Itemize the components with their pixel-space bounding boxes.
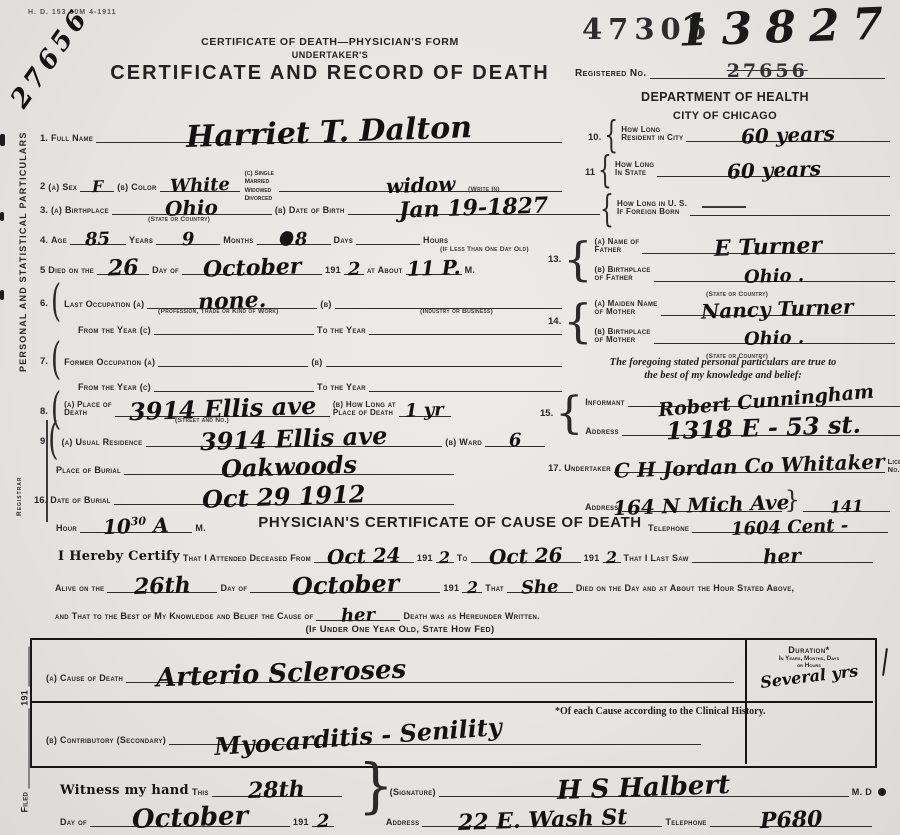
- hours-label: Hours: [423, 236, 448, 245]
- witness-day-of-label: Day of: [60, 818, 87, 827]
- row-how-long-us: { How Long in U. S. If Foreign Born: [600, 200, 890, 216]
- foreign-born-short-line: [702, 206, 746, 208]
- full-name-value: Harriet T. Dalton: [186, 117, 473, 149]
- last-saw-line: her: [692, 548, 873, 563]
- place-of-burial-value: Oakwoods: [221, 456, 358, 479]
- license-label-2: No.: [888, 466, 900, 474]
- registered-no-label: Registered No.: [575, 69, 647, 79]
- informant-fields: Informant Robert Cunningham Address 1318…: [585, 392, 900, 436]
- how-fed-note: (If Under One Year Old, State How Fed): [150, 624, 650, 635]
- signature-value: H S Halbert: [557, 775, 731, 801]
- informant-line: Robert Cunningham: [628, 392, 900, 407]
- signature-label: (Signature): [390, 788, 436, 797]
- filed-blank-line: [15, 709, 30, 789]
- row-former-occupation: 7. ( Former Occupation (a) (b): [40, 350, 562, 367]
- license-value: 141: [830, 500, 864, 513]
- marital-options: (c) Single Married Widowed Divorced: [245, 170, 274, 204]
- died-on-label: Died on the: [48, 266, 94, 275]
- scan-speck: [0, 290, 4, 300]
- last-occupation-line: none.: [147, 294, 317, 309]
- row-resident-in-city: 10. { How Long Resident in City 60 years: [588, 126, 890, 142]
- age-months-line: 9: [156, 230, 220, 245]
- side-label-registrar: Registrar: [16, 428, 23, 516]
- undertaker-telephone-value: 1604 Cent -: [731, 518, 849, 536]
- died-month-value: October: [203, 258, 302, 278]
- former-occupation-label: Former Occupation (a): [64, 358, 155, 367]
- father-birthplace-label-2: of Father: [595, 274, 651, 282]
- that-label: That: [485, 584, 504, 593]
- last-saw-value: her: [763, 548, 801, 564]
- hour-minutes: 30: [131, 515, 147, 529]
- former-b-line: [326, 352, 562, 367]
- md-label: M. D: [852, 788, 872, 797]
- pronoun-line: She: [507, 578, 573, 593]
- mother-name-line: Nancy Turner: [661, 301, 895, 316]
- from-year2-label: From the Year (c): [78, 383, 151, 392]
- row-former-occupation-years: From the Year (c) To the Year: [78, 377, 562, 392]
- witness-year-line: 2: [312, 812, 334, 827]
- row-undertaker: 17. Undertaker C H Jordan Co Whitaker Li…: [548, 458, 890, 473]
- attended-to-value: Oct 26: [489, 548, 563, 566]
- date-of-burial-line: Oct 29 1912: [114, 490, 454, 505]
- informant-label: Informant: [585, 398, 625, 407]
- informant-address-row: Address 1318 E - 53 st.: [585, 421, 900, 436]
- row-full-name: 1. Full Name Harriet T. Dalton: [40, 128, 562, 143]
- witness-month-value: October: [131, 806, 248, 830]
- ward-line: 6: [485, 432, 545, 447]
- row-last-occupation: 6. ( Last Occupation (a) none. (b): [40, 292, 562, 309]
- to-year-prefix: 191: [584, 554, 600, 563]
- informant-address-label: Address: [585, 427, 619, 436]
- row-undertaker-address: Address 164 N Mich Ave } 141: [585, 490, 890, 512]
- less-than-one-day-sublabel: (If Less Than One Day Old): [440, 246, 529, 253]
- died-year-line: 2: [344, 260, 364, 275]
- row-certify: I Hereby Certify That I Attended Decease…: [58, 548, 873, 563]
- duration-value: Several yrs: [759, 665, 858, 689]
- row13-brace: {: [563, 239, 592, 280]
- corner-handwritten-number: 27656: [10, 5, 92, 111]
- age-hours-line: [356, 230, 420, 245]
- usual-residence-label: (a) Usual Residence: [61, 438, 142, 447]
- alive-day-line: 26th: [107, 578, 217, 593]
- state-country-sublabel: (State or Country): [148, 216, 210, 223]
- informant-address-line: 1318 E - 53 st.: [622, 421, 900, 436]
- occupation-b-label: (b): [320, 300, 331, 309]
- hour-ampm: A: [153, 513, 169, 538]
- alive-year-prefix: 191: [443, 584, 459, 593]
- row13-number: 13.: [548, 255, 561, 265]
- father-fields: (a) Name of Father E Turner (b) Birthpla…: [595, 238, 895, 282]
- scan-mark: [882, 648, 888, 676]
- last-saw-label: That I Last Saw: [624, 554, 689, 563]
- title-line-3: CERTIFICATE AND RECORD OF DEATH: [110, 62, 550, 85]
- birthplace-label: (a) Birthplace: [51, 206, 109, 215]
- resident-city-line: 60 years: [686, 127, 890, 142]
- cause-pronoun-line: her: [316, 606, 400, 621]
- resident-city-value: 60 years: [741, 126, 835, 144]
- alive-day-value: 26th: [134, 577, 191, 595]
- row-cause-of-death: (a) Cause of Death Arterio Scleroses: [46, 668, 734, 683]
- informant-address-value: 1318 E - 53 st.: [666, 416, 861, 441]
- row-last-occupation-years: From the Year (c) To the Year: [78, 320, 562, 335]
- box-vertical-divider: [745, 638, 747, 764]
- at-about-label: at About: [367, 266, 403, 275]
- informant-row: Informant Robert Cunningham: [585, 392, 900, 407]
- physician-telephone-value: P680: [759, 810, 822, 829]
- row7-number: 7.: [40, 357, 48, 367]
- department-of-health: DEPARTMENT OF HEALTH: [575, 90, 875, 104]
- father-birthplace-label: (b) Birthplace of Father: [595, 266, 651, 282]
- title-line-2: UNDERTAKER'S: [110, 50, 550, 60]
- place-of-death-label-2: Death: [64, 409, 112, 417]
- row1-number: 1.: [40, 134, 48, 144]
- undertaker-line: C H Jordan Co Whitaker: [614, 458, 885, 473]
- row15-number: 15.: [540, 409, 553, 419]
- alive-on-label: Alive on the: [55, 584, 104, 593]
- row-cause-statement: and That to the Best of My Knowledge and…: [55, 606, 540, 621]
- street-no-sublabel: (Street and No.): [175, 417, 229, 424]
- witness-day-line: 28th: [212, 782, 342, 797]
- dob-value: Jan 19-1827: [399, 197, 549, 219]
- usual-residence-value: 3914 Ellis ave: [200, 427, 388, 452]
- row-died-on: 5 Died on the 26 Day of October 191 2 at…: [40, 260, 522, 275]
- died-hour-value: 11 P.: [407, 260, 461, 277]
- ward-label: (b) Ward: [445, 438, 482, 447]
- witness-day-value: 28th: [248, 781, 305, 799]
- died-statement-label: Died on the Day and at About the Hour St…: [576, 584, 794, 593]
- row17-number: 17.: [548, 464, 561, 474]
- to-year2-line: [369, 377, 562, 392]
- scan-speck: [0, 134, 5, 146]
- mother-birthplace-label: (b) Birthplace of Mother: [595, 328, 651, 344]
- row-alive-on: Alive on the 26th Day of October 191 2 T…: [55, 578, 875, 593]
- former-b-label: (b): [311, 358, 322, 367]
- attended-to-year-value: 2: [606, 552, 618, 564]
- ink-blot: [278, 230, 294, 248]
- row10-number: 10.: [588, 133, 601, 143]
- row14-number: 14.: [548, 317, 561, 327]
- physician-address-value: 22 E. Wash St: [457, 809, 627, 831]
- row-contributory: (b) Contributory (Secondary) Myocarditis…: [46, 730, 701, 745]
- alive-month-value: October: [291, 574, 399, 596]
- row10-brace: {: [604, 122, 618, 152]
- mother-name-value: Nancy Turner: [701, 299, 854, 319]
- birthplace-value: Ohio: [165, 200, 218, 217]
- father-name-row: (a) Name of Father E Turner: [595, 238, 895, 254]
- alive-month-line: October: [250, 578, 440, 593]
- filed-label: Filed: [21, 792, 30, 813]
- alive-day-of-label: Day of: [220, 584, 247, 593]
- city-of-chicago: CITY OF CHICAGO: [575, 110, 875, 122]
- row5-number: 5: [40, 266, 45, 276]
- contributory-line: Myocarditis - Senility: [169, 730, 701, 745]
- option-single: (c) Single: [245, 170, 274, 178]
- row-witness-date-address: Day of October 191 2 Address 22 E. Wash …: [60, 812, 872, 827]
- row7-brace: (: [51, 343, 61, 378]
- father-name-value: E Turner: [714, 237, 822, 257]
- registered-no-value: 27656: [727, 60, 808, 82]
- physician-telephone-label: Telephone: [665, 818, 706, 827]
- row11-number: 11: [585, 168, 595, 178]
- option-widowed: Widowed: [245, 187, 274, 195]
- died-month-line: October: [182, 260, 322, 275]
- group-father: 13. { (a) Name of Father E Turner (b) Bi…: [548, 238, 895, 282]
- row8-number: 8.: [40, 407, 48, 417]
- sex-label: (a) Sex: [48, 183, 77, 192]
- form-titles: CERTIFICATE OF DEATH—PHYSICIAN'S FORM UN…: [110, 36, 550, 85]
- row2-number: 2: [40, 182, 45, 192]
- how-long-label-2: Place of Death: [333, 409, 396, 417]
- age-days-value: 8: [295, 232, 308, 246]
- how-long-value: 1 yr: [405, 404, 444, 419]
- how-long-line: 1 yr: [399, 402, 451, 417]
- days-label: Days: [334, 236, 354, 245]
- last-occupation-label: Last Occupation (a): [64, 300, 144, 309]
- belief-line-1: The foregoing stated personal particular…: [556, 357, 890, 370]
- cause-of-death-line: Arterio Scleroses: [126, 668, 734, 683]
- row12-brace: {: [600, 196, 614, 226]
- age-years-line: 85: [70, 230, 126, 245]
- undertaker-address-line: 164 N Mich Ave: [622, 497, 782, 512]
- date-of-burial-label: Date of Burial: [50, 496, 110, 505]
- side-filed-line: Filed 191: [15, 583, 30, 813]
- physician-address-line: 22 E. Wash St: [422, 812, 662, 827]
- in-state-value: 60 years: [726, 161, 820, 179]
- duration-label: Duration*: [750, 645, 868, 655]
- hour-main: 10: [103, 514, 132, 539]
- m-label: M.: [465, 266, 476, 275]
- age-months-value: 9: [182, 232, 195, 246]
- row15-brace: {: [555, 394, 583, 434]
- in-state-label: How Long In State: [615, 161, 654, 177]
- father-name-label-2: Father: [595, 246, 640, 254]
- to-year2-label: To the Year: [317, 383, 366, 392]
- father-birthplace-value: Ohio .: [744, 268, 805, 284]
- mother-birthplace-value: Ohio .: [744, 330, 805, 346]
- from-year-line: [154, 320, 314, 335]
- industry-sublabel: (Industry or Business): [420, 308, 493, 315]
- cause-pronoun-value: her: [341, 608, 375, 623]
- row16-number: 16.: [34, 496, 47, 506]
- row4-number: 4.: [40, 236, 48, 246]
- undertaker-value: C H Jordan Co Whitaker: [614, 454, 885, 478]
- day-of-label: Day of: [152, 266, 179, 275]
- from-year2-line: [154, 377, 314, 392]
- died-day-line: 26: [97, 260, 149, 275]
- row-age: 4. Age 85 Years 9 Months 8 Days Hours: [40, 230, 522, 245]
- attended-to-line: Oct 26: [471, 548, 581, 563]
- sex-line: F: [80, 177, 114, 192]
- physician-certificate-title: PHYSICIAN'S CERTIFICATE OF CAUSE OF DEAT…: [200, 514, 700, 531]
- scan-dot: [878, 788, 886, 796]
- physician-address-label: Address: [386, 818, 420, 827]
- group-informant: 15. { Informant Robert Cunningham Addres…: [540, 392, 900, 436]
- attended-from-year-line: 2: [436, 548, 454, 563]
- registered-no-row: Registered No. 27656: [575, 64, 885, 79]
- occupation-b-line: [335, 294, 562, 309]
- color-line: White: [160, 177, 240, 192]
- alive-year-value: 2: [466, 582, 478, 594]
- mother-birthplace-row: (b) Birthplace of Mother Ohio .: [595, 328, 895, 344]
- foreign-born-2: If Foreign Born: [617, 208, 687, 216]
- hereunder-label: Death was as Hereunder Written.: [403, 612, 540, 621]
- father-birthplace-line: Ohio .: [654, 267, 895, 282]
- option-married: Married: [245, 178, 274, 186]
- row3-number: 3.: [40, 206, 48, 216]
- row-usual-residence: 9 ( (a) Usual Residence 3914 Ellis ave (…: [40, 430, 545, 447]
- year-prefix-label: 191: [325, 266, 341, 275]
- belief-statement: The foregoing stated personal particular…: [556, 357, 890, 382]
- marital-value: widow: [386, 177, 456, 194]
- full-name-line: Harriet T. Dalton: [96, 128, 562, 143]
- license-label: License No.: [888, 458, 900, 473]
- alive-year-line: 2: [462, 578, 482, 593]
- date-of-burial-value: Oct 29 1912: [202, 485, 366, 509]
- row-place-of-burial: Place of Burial Oakwoods: [56, 460, 454, 475]
- write-in-sublabel: (Write In): [468, 186, 500, 193]
- to-year-label: To the Year: [317, 326, 366, 335]
- row6-number: 6.: [40, 299, 48, 309]
- mother-birthplace-line: Ohio .: [654, 329, 895, 344]
- attended-from-line: Oct 24: [314, 548, 414, 563]
- filed-year-blank: [15, 647, 30, 687]
- years-label: Years: [129, 236, 153, 245]
- mother-name-row: (a) Maiden Name of Mother Nancy Turner: [595, 300, 895, 316]
- in-state-line: 60 years: [657, 162, 890, 177]
- from-year-prefix: 191: [417, 554, 433, 563]
- row-birthplace-dob: 3. (a) Birthplace Ohio (b) Date of Birth…: [40, 200, 600, 215]
- full-name-label: Full Name: [51, 134, 93, 143]
- attended-from-year-value: 2: [439, 552, 451, 564]
- to-year-line: [369, 320, 562, 335]
- cause-statement-label: and That to the Best of My Knowledge and…: [55, 612, 313, 621]
- death-certificate-scan: PERSONAL AND STATISTICAL PARTICULARS Reg…: [0, 0, 900, 835]
- undertaker-label: Undertaker: [564, 464, 611, 473]
- pronoun-value: She: [521, 580, 559, 595]
- row-place-of-death: 8. ( (a) Place of Death 3914 Ellis ave (…: [40, 400, 545, 417]
- mother-name-label: (a) Maiden Name of Mother: [595, 300, 658, 316]
- sex-value: F: [91, 181, 103, 193]
- age-label: Age: [51, 236, 67, 245]
- attended-to-year-line: 2: [603, 548, 621, 563]
- hour-line: 1030 A: [80, 518, 192, 533]
- cause-of-death-label: (a) Cause of Death: [46, 674, 123, 683]
- dob-label: (b) Date of Birth: [275, 206, 345, 215]
- row9-number: 9: [40, 437, 45, 447]
- row14-brace: {: [563, 301, 592, 342]
- color-label: (b) Color: [117, 183, 156, 192]
- former-occupation-line: [158, 352, 308, 367]
- father-name-line: E Turner: [642, 239, 894, 254]
- months-label: Months: [223, 236, 253, 245]
- how-long-label: (b) How Long at Place of Death: [333, 401, 396, 417]
- resident-city-label: How Long Resident in City: [621, 126, 683, 142]
- from-year-label: From the Year (c): [78, 326, 151, 335]
- place-of-death-line: 3914 Ellis ave: [115, 402, 330, 417]
- witness-year-value: 2: [316, 814, 329, 828]
- how-long-state-2: In State: [615, 169, 654, 177]
- foreign-born-line: [690, 201, 890, 216]
- group-mother: 14. { (a) Maiden Name of Mother Nancy Tu…: [548, 300, 895, 344]
- row11-brace: {: [598, 157, 612, 187]
- attended-from-value: Oct 24: [327, 548, 401, 566]
- scan-speck: [0, 212, 4, 221]
- this-label: This: [192, 788, 209, 797]
- title-line-1: CERTIFICATE OF DEATH—PHYSICIAN'S FORM: [110, 36, 550, 48]
- profession-sublabel: (Profession, Trade or Kind of Work): [158, 308, 279, 315]
- hour-label: Hour: [56, 524, 77, 533]
- marital-line: widow: [279, 177, 562, 192]
- row-in-state: 11 { How Long In State 60 years: [585, 161, 890, 177]
- foreign-born-label: How Long in U. S. If Foreign Born: [617, 200, 687, 216]
- witness-month-line: October: [90, 812, 290, 827]
- handwritten-certificate-number: 13827: [677, 0, 897, 57]
- signature-line: H S Halbert: [439, 782, 849, 797]
- license-line: 141: [803, 497, 890, 512]
- cause-of-death-value: Arterio Scleroses: [156, 660, 407, 688]
- birthplace-line: Ohio: [112, 200, 272, 215]
- mother-fields: (a) Maiden Name of Mother Nancy Turner (…: [595, 300, 895, 344]
- registered-no-line: 27656: [650, 64, 886, 79]
- contributory-label: (b) Contributory (Secondary): [46, 736, 166, 745]
- row6-brace: (: [51, 285, 61, 320]
- place-of-burial-label: Place of Burial: [56, 466, 121, 475]
- mother-birthplace-label-2: of Mother: [595, 336, 651, 344]
- place-of-burial-line: Oakwoods: [124, 460, 454, 475]
- clinical-history-footnote: *Of each Cause according to the Clinical…: [555, 706, 766, 717]
- father-name-label: (a) Name of Father: [595, 238, 640, 254]
- row-date-of-burial: 16. Date of Burial Oct 29 1912: [34, 490, 454, 505]
- age-years-value: 85: [85, 232, 111, 246]
- undertaker-telephone-line: 1604 Cent -: [692, 518, 888, 533]
- belief-line-2: the best of my knowledge and belief:: [556, 370, 890, 383]
- mother-name-label-2: of Mother: [595, 308, 658, 316]
- witness-year-prefix: 191: [293, 818, 309, 827]
- how-long-city-2: Resident in City: [621, 134, 683, 142]
- ward-value: 6: [509, 434, 522, 448]
- dob-line: Jan 19-1827: [348, 200, 600, 215]
- age-days-line: 8: [257, 230, 331, 245]
- place-of-death-label: (a) Place of Death: [64, 401, 112, 417]
- to-label: To: [457, 554, 468, 563]
- undertaker-address-value: 164 N Mich Ave: [613, 495, 790, 516]
- usual-residence-line: 3914 Ellis ave: [146, 432, 443, 447]
- row9-brace: (: [48, 423, 58, 458]
- attended-from-label: That I Attended Deceased From: [183, 554, 311, 563]
- died-hour-line: 11 P.: [406, 260, 462, 275]
- died-day-value: 26: [108, 259, 139, 277]
- hour-value: 1030 A: [103, 518, 169, 535]
- duration-cell: Duration* In Years, Months, Days or Hour…: [750, 645, 868, 687]
- hereby-certify-label: I Hereby Certify: [58, 550, 180, 563]
- physician-telephone-line: P680: [710, 812, 872, 827]
- died-year-value: 2: [347, 262, 360, 276]
- witness-my-hand-label: Witness my hand: [60, 784, 189, 797]
- row-burial-hour: Hour 1030 A M.: [56, 518, 206, 533]
- color-value: White: [169, 178, 229, 194]
- row-witness: Witness my hand This 28th (Signature) H …: [60, 782, 872, 797]
- father-birthplace-row: (b) Birthplace of Father Ohio .: [595, 266, 895, 282]
- filed-year-label: 191: [21, 690, 30, 706]
